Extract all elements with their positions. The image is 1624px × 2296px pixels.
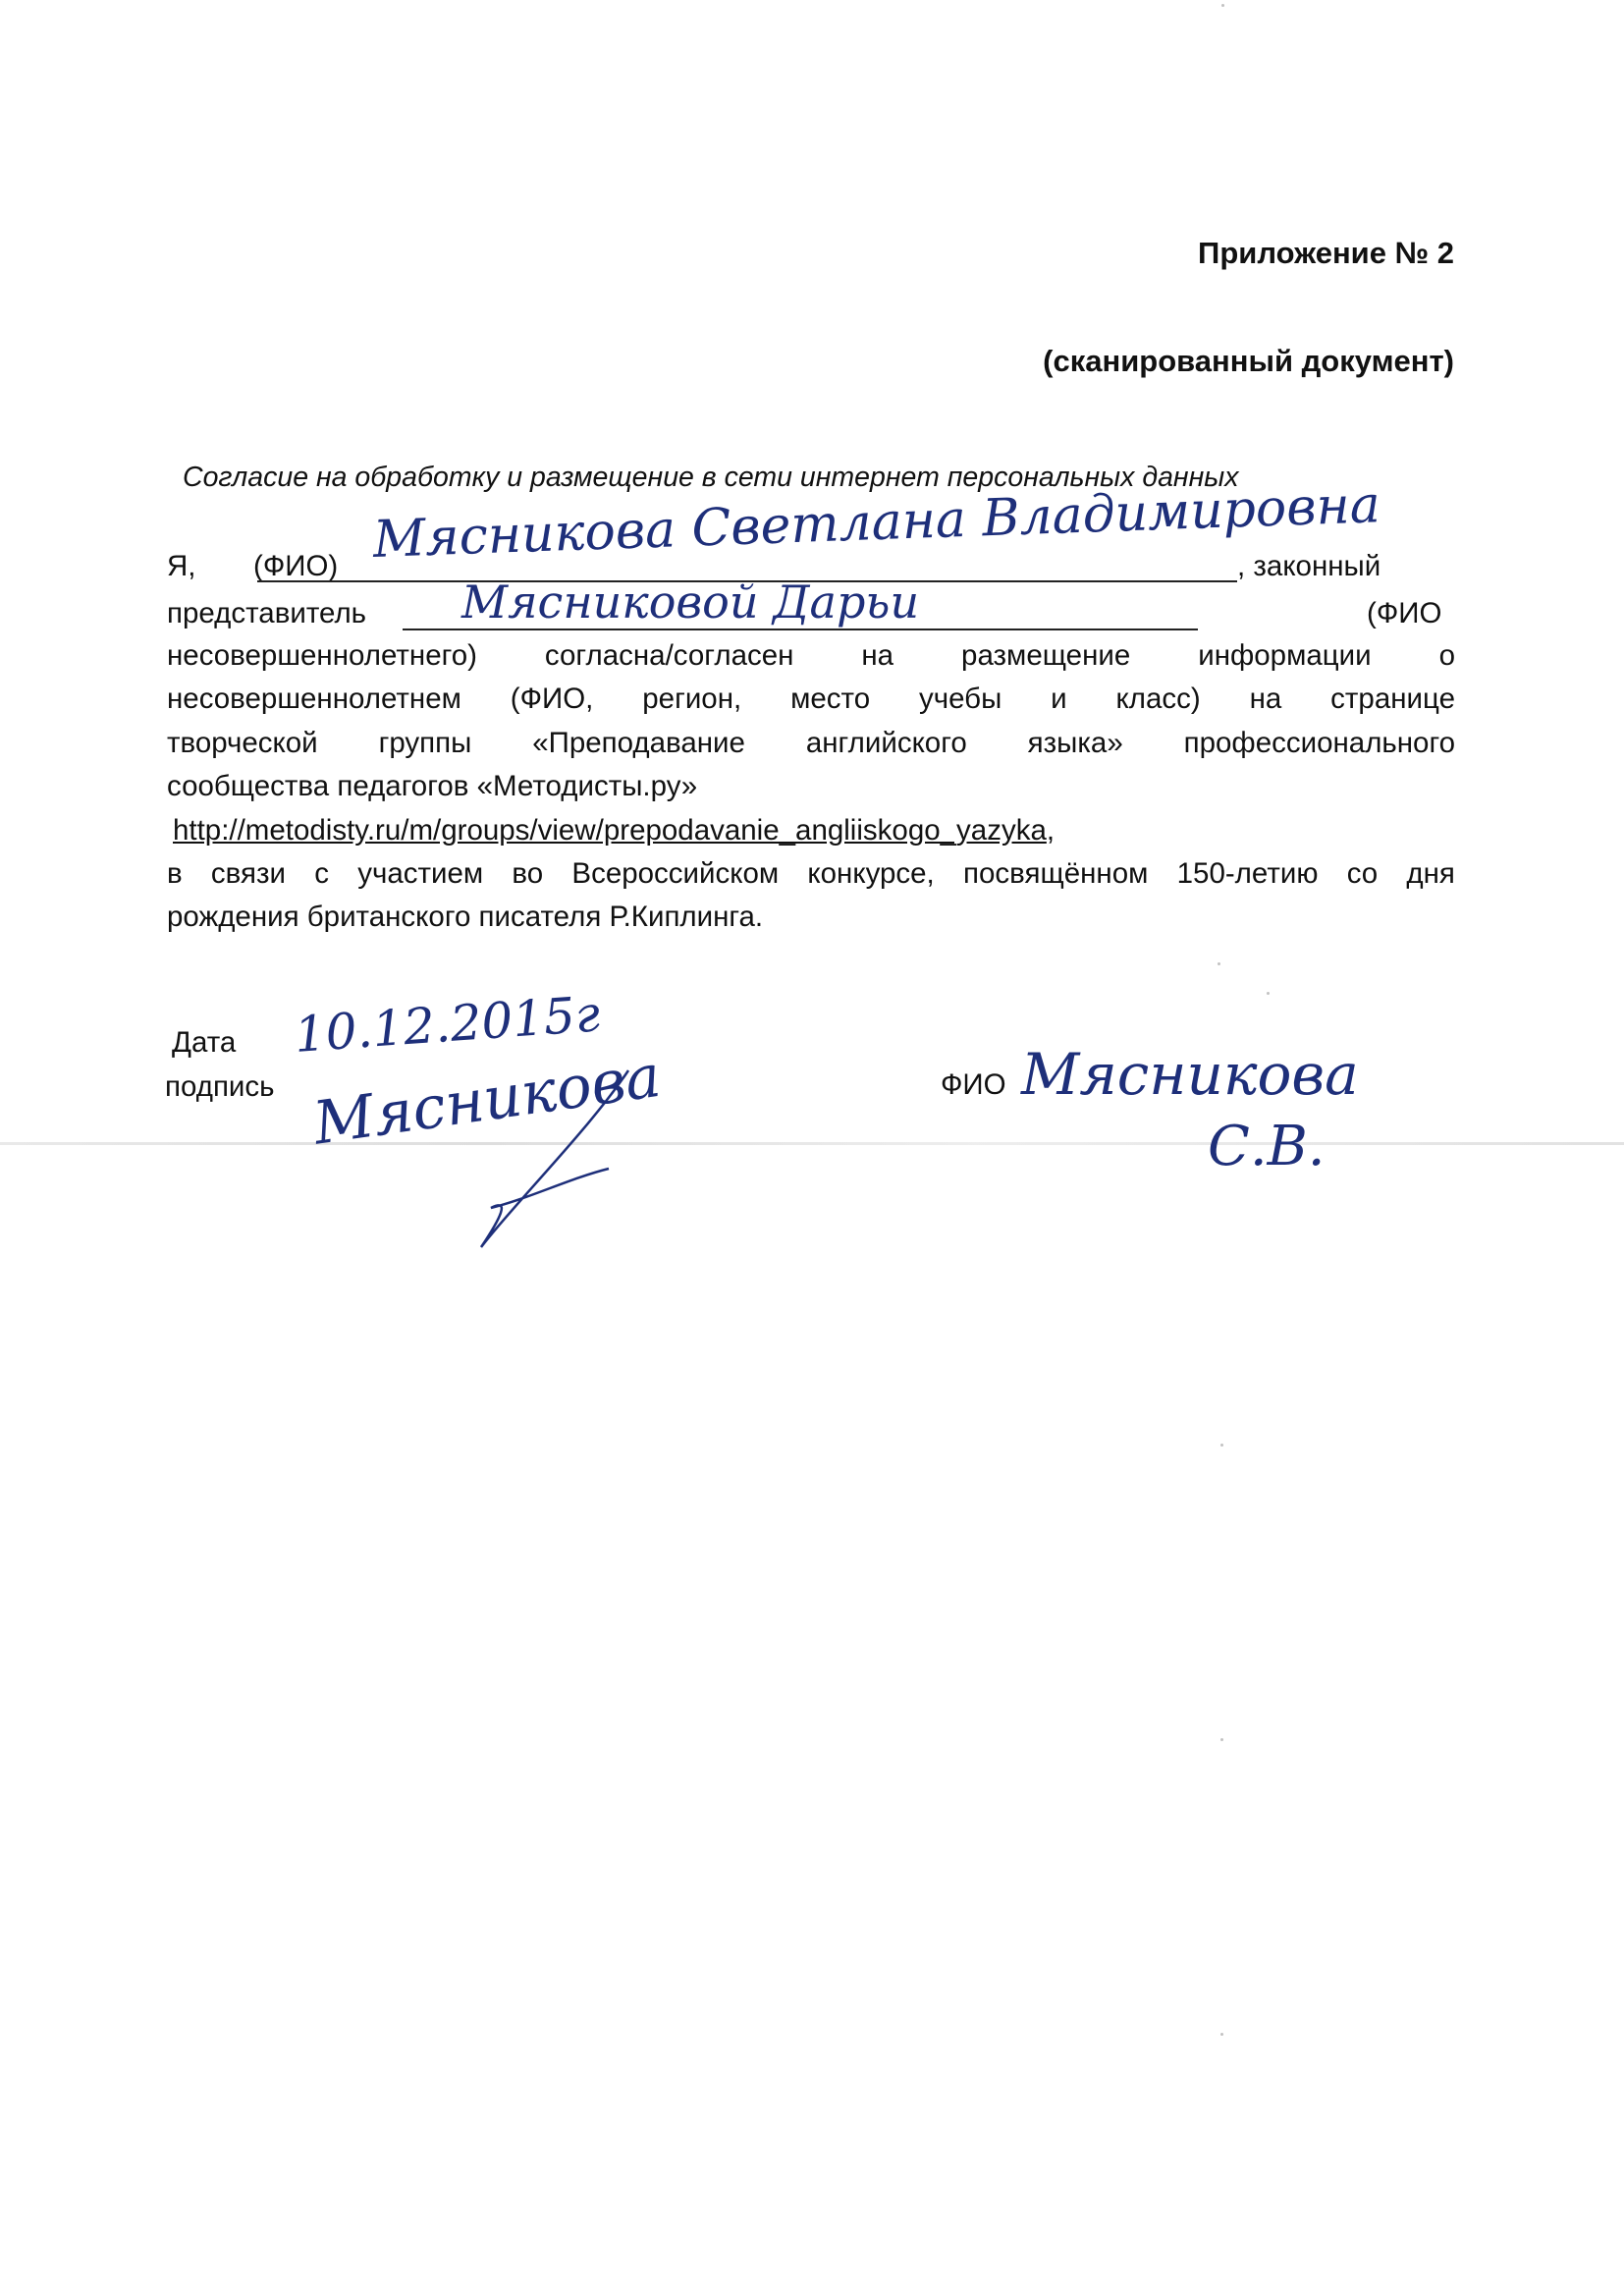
word: конкурсе, <box>807 857 934 891</box>
handwritten-fio-surname: Мясникова <box>1021 1041 1359 1108</box>
annex-number: Приложение № 2 <box>1198 236 1454 271</box>
body-line-6: сообщества педагогов «Методисты.ру» <box>167 770 1455 803</box>
word: профессионального <box>1184 727 1455 760</box>
word: в <box>167 857 183 891</box>
fio-footer-label: ФИО <box>941 1068 1006 1102</box>
scan-speck <box>1221 4 1224 7</box>
word: «Преподавание <box>532 727 745 760</box>
paper-fold-line <box>0 1142 1624 1145</box>
fio-label-open: (ФИО <box>1367 597 1441 630</box>
scan-speck <box>1218 962 1220 965</box>
word: на <box>861 639 893 673</box>
date-label: Дата <box>172 1026 236 1060</box>
body-line-url: http://metodisty.ru/m/groups/view/prepod… <box>173 814 1461 847</box>
word: со <box>1347 857 1379 891</box>
word: творческой <box>167 727 318 760</box>
url-comma: , <box>1047 814 1055 847</box>
signature-label: подпись <box>165 1070 275 1104</box>
word: английского <box>806 727 967 760</box>
word: несовершеннолетнего) <box>167 639 477 673</box>
word: языка» <box>1028 727 1123 760</box>
body-line-5: творческой группы «Преподавание английск… <box>167 727 1455 760</box>
handwritten-date: 10.12.2015г <box>293 985 602 1064</box>
body-line-9: рождения британского писателя Р.Киплинга… <box>167 901 1455 934</box>
word: участием <box>357 857 483 891</box>
word: группы <box>379 727 472 760</box>
pronoun-ya: Я, <box>167 550 196 583</box>
fio-label: (ФИО) <box>253 550 338 583</box>
word: 150-летию <box>1177 857 1319 891</box>
word: и <box>1051 683 1066 716</box>
word: (ФИО, <box>511 683 594 716</box>
word: учебы <box>919 683 1001 716</box>
word: Всероссийском <box>571 857 779 891</box>
scan-speck <box>1220 1444 1223 1447</box>
body-line-8: в связи с участием во Всероссийском конк… <box>167 857 1455 891</box>
body-line-3: несовершеннолетнего) согласна/согласен н… <box>167 639 1455 673</box>
handwritten-child-name: Мясниковой Дарьи <box>461 575 919 629</box>
word: с <box>314 857 329 891</box>
word: регион, <box>642 683 741 716</box>
word: на <box>1250 683 1282 716</box>
body-line-4: несовершеннолетнем (ФИО, регион, место у… <box>167 683 1455 716</box>
word: согласна/согласен <box>545 639 794 673</box>
word: размещение <box>961 639 1130 673</box>
handwritten-fio-initials: С.В. <box>1208 1115 1326 1178</box>
group-url-link[interactable]: http://metodisty.ru/m/groups/view/prepod… <box>173 814 1047 847</box>
word: несовершеннолетнем <box>167 683 461 716</box>
word: посвящённом <box>963 857 1148 891</box>
word: странице <box>1330 683 1455 716</box>
word: класс) <box>1116 683 1201 716</box>
word: во <box>512 857 543 891</box>
word: о <box>1439 639 1455 673</box>
child-name-underline <box>403 629 1198 630</box>
representative-label: представитель <box>167 597 366 630</box>
word: информации <box>1198 639 1371 673</box>
signature-flourish <box>452 1061 648 1257</box>
scan-speck <box>1220 1738 1223 1741</box>
scan-speck <box>1220 2033 1223 2036</box>
document-subtitle: (сканированный документ) <box>1043 344 1454 379</box>
legal-suffix: , законный <box>1237 550 1380 583</box>
word: дня <box>1406 857 1454 891</box>
word: место <box>790 683 870 716</box>
scan-speck <box>1267 992 1270 995</box>
word: связи <box>211 857 286 891</box>
